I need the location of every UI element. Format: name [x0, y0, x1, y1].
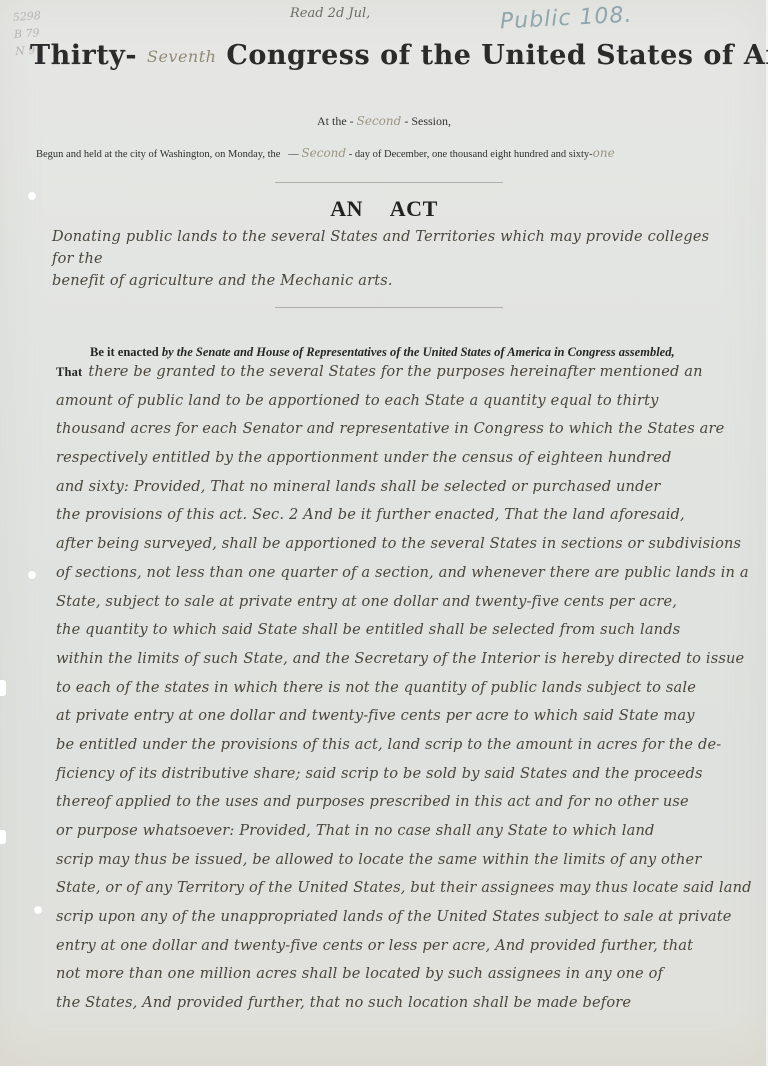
- body-line-text: or purpose whatsoever: Provided, That in…: [56, 822, 655, 839]
- body-line: thousand acres for each Senator and repr…: [56, 415, 736, 444]
- body-line: or purpose whatsoever: Provided, That in…: [56, 817, 736, 846]
- congress-title: Thirty- Seventh Congress of the United S…: [30, 40, 750, 71]
- body-line-text: scrip may thus be issued, be allowed to …: [56, 851, 701, 868]
- body-line: thereof applied to the uses and purposes…: [56, 788, 736, 817]
- document-page: 5298 B 79 N 9 Read 2d Jul, Public 108. T…: [0, 0, 768, 1066]
- body-line: not more than one million acres shall be…: [56, 960, 736, 989]
- body-line-text: not more than one million acres shall be…: [56, 965, 663, 982]
- punch-hole: [28, 571, 36, 579]
- body-line: scrip upon any of the unappropriated lan…: [56, 903, 736, 932]
- body-line-text: after being surveyed, shall be apportion…: [56, 535, 741, 552]
- body-line: to each of the states in which there is …: [56, 674, 736, 703]
- body-line-text: and sixty: Provided, That no mineral lan…: [56, 478, 661, 495]
- body-line-text: of sections, not less than one quarter o…: [56, 564, 749, 581]
- session-line: At the - Second - Session,: [0, 114, 768, 129]
- edge-tear: [0, 680, 6, 696]
- body-line: of sections, not less than one quarter o…: [56, 559, 736, 588]
- body-line: within the limits of such State, and the…: [56, 645, 736, 674]
- title-handwritten-ordinal: Seventh: [147, 47, 216, 66]
- edge-tear: [0, 830, 6, 844]
- body-line: after being surveyed, shall be apportion…: [56, 530, 736, 559]
- act-heading: AN ACT: [0, 196, 768, 222]
- subtitle-line: benefit of agriculture and the Mechanic …: [52, 270, 732, 292]
- enacting-text: by the Senate and House of Representativ…: [159, 345, 675, 359]
- body-line: be entitled under the provisions of this…: [56, 731, 736, 760]
- begun-day-handwritten: Second: [301, 146, 346, 160]
- act-body: Thatthere be granted to the several Stat…: [56, 358, 736, 1018]
- divider: [275, 307, 503, 308]
- body-line-text: State, or of any Territory of the United…: [56, 879, 752, 896]
- punch-hole: [34, 906, 42, 914]
- archive-number-line: 5298: [12, 7, 41, 26]
- session-prefix: At the -: [317, 114, 354, 128]
- body-line-text: entry at one dollar and twenty-five cent…: [56, 937, 693, 954]
- body-line: the provisions of this act. Sec. 2 And b…: [56, 501, 736, 530]
- begun-prefix: Begun and held at the city of Washington…: [36, 149, 280, 160]
- session-handwritten: Second: [357, 114, 402, 128]
- body-line-text: to each of the states in which there is …: [56, 679, 696, 696]
- body-line: the quantity to which said State shall b…: [56, 616, 736, 645]
- body-line: scrip may thus be issued, be allowed to …: [56, 846, 736, 875]
- body-line: Thatthere be granted to the several Stat…: [56, 358, 736, 387]
- body-line-text: at private entry at one dollar and twent…: [56, 707, 695, 724]
- begun-line: Begun and held at the city of Washington…: [36, 146, 756, 160]
- body-line-text: the States, And provided further, that n…: [56, 994, 631, 1011]
- body-line-text: the quantity to which said State shall b…: [56, 621, 680, 638]
- body-line-text: thereof applied to the uses and purposes…: [56, 793, 689, 810]
- body-line-text: scrip upon any of the unappropriated lan…: [56, 908, 732, 925]
- body-line: at private entry at one dollar and twent…: [56, 702, 736, 731]
- begun-middle: - day of December, one thousand eight hu…: [349, 149, 593, 160]
- body-line-text: State, subject to sale at private entry …: [56, 593, 677, 610]
- divider: [275, 182, 503, 183]
- body-line-text: be entitled under the provisions of this…: [56, 736, 721, 753]
- that-label: That: [56, 365, 82, 379]
- act-subtitle: Donating public lands to the several Sta…: [52, 226, 732, 292]
- body-line-text: ficiency of its distributive share; said…: [56, 765, 703, 782]
- subtitle-line: Donating public lands to the several Sta…: [52, 226, 732, 270]
- body-line: amount of public land to be apportioned …: [56, 387, 736, 416]
- body-line-text: the provisions of this act. Sec. 2 And b…: [56, 506, 685, 523]
- body-line: State, or of any Territory of the United…: [56, 874, 736, 903]
- body-line: State, subject to sale at private entry …: [56, 588, 736, 617]
- body-line-text: there be granted to the several States f…: [88, 363, 702, 380]
- body-line: ficiency of its distributive share; said…: [56, 760, 736, 789]
- body-line-text: within the limits of such State, and the…: [56, 650, 744, 667]
- body-line-text: amount of public land to be apportioned …: [56, 392, 659, 409]
- body-line-text: respectively entitled by the apportionme…: [56, 449, 672, 466]
- body-line: and sixty: Provided, That no mineral lan…: [56, 473, 736, 502]
- session-suffix: - Session,: [404, 114, 451, 128]
- body-line: respectively entitled by the apportionme…: [56, 444, 736, 473]
- title-printed-part: Congress of the United States of America…: [226, 40, 768, 71]
- begun-year-handwritten: one: [593, 146, 615, 160]
- body-line: entry at one dollar and twenty-five cent…: [56, 932, 736, 961]
- title-printed-part: Thirty-: [30, 40, 137, 71]
- enacting-lead: Be it enacted: [90, 345, 159, 359]
- read-note: Read 2d Jul,: [290, 6, 370, 21]
- body-line-text: thousand acres for each Senator and repr…: [56, 420, 724, 437]
- public-law-note: Public 108.: [499, 3, 633, 35]
- body-line: the States, And provided further, that n…: [56, 989, 736, 1018]
